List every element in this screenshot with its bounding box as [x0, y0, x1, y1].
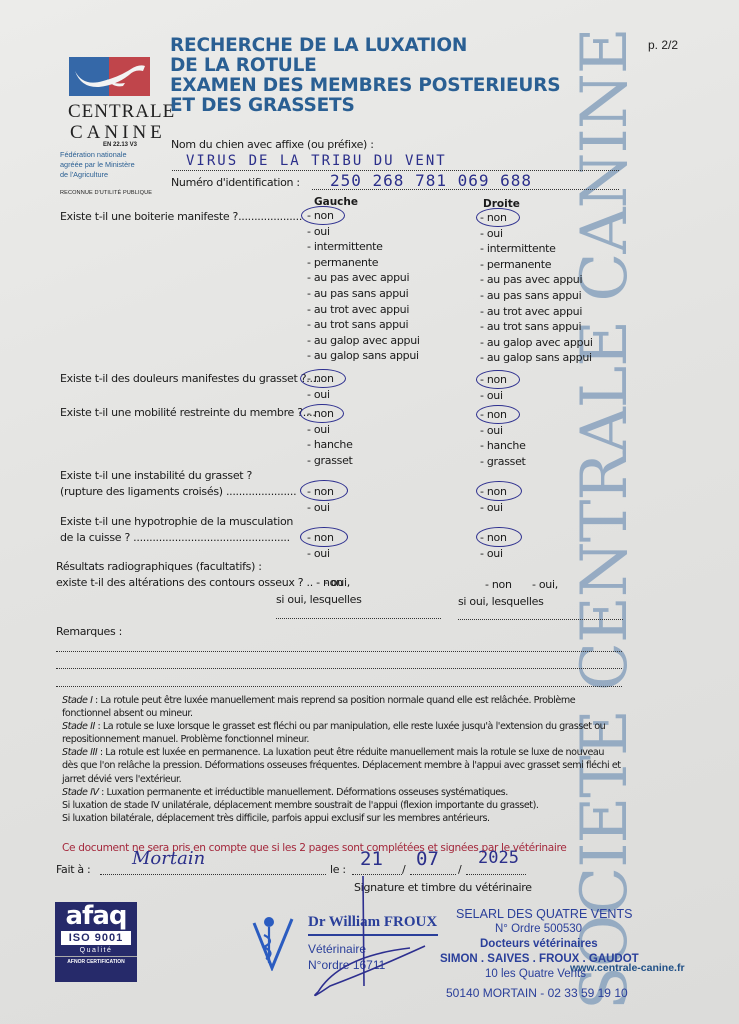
radiography-title: Résultats radiographiques (facultatifs) … [56, 560, 262, 573]
option-trot-sans-appui[interactable]: - au trot sans appui [480, 319, 593, 335]
option-pas-avec-appui[interactable]: - au pas avec appui [307, 270, 420, 286]
logo-wordmark: CENTRALE CANINE [68, 101, 175, 143]
question-line: de la cuisse ? .........................… [60, 530, 293, 546]
option-trot-avec-appui[interactable]: - au trot avec appui [480, 304, 593, 320]
federation-line: agréée par le Ministère [60, 160, 135, 170]
logo-name-line2: CANINE [68, 122, 175, 143]
stage-descriptions: Stade I : La rotule peut être luxée manu… [62, 694, 622, 825]
radiography-right-field[interactable] [458, 619, 623, 620]
lameness-options-left: - non - oui - intermittente - permanente… [307, 208, 420, 364]
question-line: Existe t-il une instabilité du grasset ? [60, 468, 296, 484]
radiography-right-non[interactable]: - non [485, 578, 512, 591]
id-number-field[interactable]: 250 268 781 069 688 [330, 171, 532, 190]
afaq-iso-logo: afaq ISO 9001 Qualité AFNOR CERTIFICATIO… [55, 902, 137, 982]
afaq-brand: afaq [55, 903, 137, 929]
selection-circle-left [300, 369, 346, 388]
option-oui[interactable]: - oui [480, 500, 507, 516]
option-pas-sans-appui[interactable]: - au pas sans appui [307, 286, 420, 302]
selection-circle-right [476, 481, 522, 501]
month-line [410, 874, 456, 875]
dog-name-label: Nom du chien avec affixe (ou préfixe) : [171, 138, 374, 151]
option-pas-avec-appui[interactable]: - au pas avec appui [480, 272, 593, 288]
veterinary-caduceus-icon [252, 913, 296, 971]
option-intermittente[interactable]: - intermittente [307, 239, 420, 255]
option-hanche[interactable]: - hanche [480, 438, 526, 454]
logo-name-line1: CENTRALE [68, 101, 175, 122]
watermark-text: SOCIETE CENTRALE CANINE [568, 28, 642, 1010]
selection-circle-left [300, 527, 348, 547]
federation-line: de l'Agriculture [60, 170, 135, 180]
radiography-question: existe t-il des altérations des contours… [56, 576, 343, 589]
title-line: EXAMEN DES MEMBRES POSTERIEURS [170, 76, 560, 96]
date-label: le : [330, 863, 346, 876]
option-oui[interactable]: - oui [480, 226, 593, 242]
day-line [352, 874, 402, 875]
selection-circle-left [300, 480, 348, 501]
place-field[interactable]: Mortain [132, 848, 205, 869]
remarks-line[interactable] [56, 686, 622, 687]
option-trot-sans-appui[interactable]: - au trot sans appui [307, 317, 420, 333]
dog-name-field[interactable]: VIRUS DE LA TRIBU DU VENT [186, 153, 447, 169]
option-galop-avec-appui[interactable]: - au galop avec appui [307, 333, 420, 349]
radiography-right-which: si oui, lesquelles [458, 595, 544, 608]
document-page: SOCIETE CENTRALE CANINE CENTRALE CANINE … [0, 0, 739, 1024]
option-oui[interactable]: - oui [480, 546, 507, 562]
option-oui[interactable]: - oui [307, 422, 353, 438]
id-label: Numéro d'identification : [171, 176, 300, 189]
stage-name: Stade IV [62, 787, 99, 798]
selection-circle-right [476, 405, 520, 424]
question-line: (rupture des ligaments croisés) ........… [60, 484, 296, 500]
option-oui[interactable]: - oui [307, 500, 334, 516]
option-oui[interactable]: - oui [307, 546, 334, 562]
page-number: p. 2/2 [648, 38, 678, 52]
selection-circle-right [476, 208, 520, 227]
month-field[interactable]: 07 [416, 848, 439, 870]
stage-text: : La rotule se luxe lorsque le grasset e… [62, 721, 605, 745]
option-galop-sans-appui[interactable]: - au galop sans appui [480, 350, 593, 366]
logo-version: EN 22.13 V3 [103, 142, 137, 148]
option-oui[interactable]: - oui [307, 387, 334, 403]
radiography-right-oui[interactable]: - oui, [532, 578, 558, 591]
clinic-stamp-line6: 50140 MORTAIN - 02 33 59 19 10 [446, 986, 628, 1000]
option-grasset[interactable]: - grasset [307, 453, 353, 469]
stage-4: Stade IV : Luxation permanente et irrédu… [62, 786, 622, 799]
year-line [466, 874, 526, 875]
logo-federation: Fédération nationale agréée par le Minis… [60, 150, 135, 180]
option-hanche[interactable]: - hanche [307, 437, 353, 453]
radiography-left-field[interactable] [276, 618, 441, 619]
selection-circle-left [301, 206, 345, 225]
centrale-canine-logo-icon [69, 57, 150, 96]
federation-line: Fédération nationale [60, 150, 135, 160]
place-line [100, 874, 326, 875]
title-line: RECHERCHE DE LA LUXATION [170, 36, 560, 56]
radiography-left-which: si oui, lesquelles [276, 593, 362, 606]
title-line: DE LA ROTULE [170, 56, 560, 76]
stage-name: Stade III [62, 747, 97, 758]
radiography-left-oui[interactable]: - oui, [324, 576, 350, 589]
vet-signature-icon [300, 876, 450, 1006]
afaq-iso: ISO 9001 [61, 931, 131, 945]
stage-text: : Luxation permanente et irréductible ma… [99, 787, 508, 798]
option-grasset[interactable]: - grasset [480, 454, 526, 470]
option-permanente[interactable]: - permanente [480, 257, 593, 273]
option-permanente[interactable]: - permanente [307, 255, 420, 271]
year-field[interactable]: 2025 [478, 848, 519, 868]
clinic-stamp-line2: N° Ordre 500530 [495, 923, 582, 935]
stage-name: Stade II [62, 721, 95, 732]
stage-3: Stade III : La rotule est luxée en perma… [62, 746, 622, 785]
question-mobility: Existe t-il une mobilité restreinte du m… [60, 406, 316, 419]
date-separator: / [458, 863, 461, 876]
place-label: Fait à : [56, 863, 90, 876]
option-trot-avec-appui[interactable]: - au trot avec appui [307, 302, 420, 318]
option-galop-avec-appui[interactable]: - au galop avec appui [480, 335, 593, 351]
stage-1: Stade I : La rotule peut être luxée manu… [62, 694, 622, 720]
question-pain: Existe t-il des douleurs manifestes du g… [60, 372, 319, 385]
remarks-line[interactable] [56, 651, 622, 652]
stage-text: : La rotule peut être luxée manuellement… [62, 695, 575, 719]
stage-note: Si luxation bilatérale, déplacement très… [62, 812, 622, 825]
selection-circle-left [300, 404, 344, 423]
question-lameness: Existe t-il une boiterie manifeste ?....… [60, 210, 302, 223]
stage-name: Stade I [62, 695, 92, 706]
date-separator: / [402, 863, 405, 876]
clinic-stamp-line1: SELARL DES QUATRE VENTS [456, 907, 632, 921]
question-hypotrophy: Existe t-il une hypotrophie de la muscul… [60, 514, 293, 546]
option-pas-sans-appui[interactable]: - au pas sans appui [480, 288, 593, 304]
stage-text: : La rotule est luxée en permanence. La … [62, 747, 621, 784]
stage-2: Stade II : La rotule se luxe lorsque le … [62, 720, 622, 746]
title-line: ET DES GRASSETS [170, 96, 560, 116]
selection-circle-right [476, 527, 522, 547]
afaq-quality: Qualité [55, 947, 137, 954]
day-field[interactable]: 21 [360, 848, 383, 870]
clinic-stamp-line3: Docteurs vétérinaires [480, 938, 598, 950]
selection-circle-right [476, 370, 520, 389]
option-galop-sans-appui[interactable]: - au galop sans appui [307, 348, 420, 364]
remarks-label: Remarques : [56, 625, 122, 638]
question-line: Existe t-il une hypotrophie de la muscul… [60, 514, 293, 530]
option-intermittente[interactable]: - intermittente [480, 241, 593, 257]
remarks-line[interactable] [56, 668, 622, 669]
option-oui[interactable]: - oui [480, 423, 526, 439]
option-oui[interactable]: - oui [480, 388, 507, 404]
stage-note: Si luxation de stade IV unilatérale, dép… [62, 799, 622, 812]
option-oui[interactable]: - oui [307, 224, 420, 240]
page-title: RECHERCHE DE LA LUXATION DE LA ROTULE EX… [170, 36, 560, 116]
afaq-cert: AFNOR CERTIFICATION [55, 956, 137, 965]
website-link[interactable]: www.centrale-canine.fr [570, 962, 685, 974]
logo-recognition: RECONNUE D'UTILITÉ PUBLIQUE [60, 190, 152, 196]
question-instability: Existe t-il une instabilité du grasset ?… [60, 468, 296, 500]
lameness-options-right: - non - oui - intermittente - permanente… [480, 210, 593, 366]
